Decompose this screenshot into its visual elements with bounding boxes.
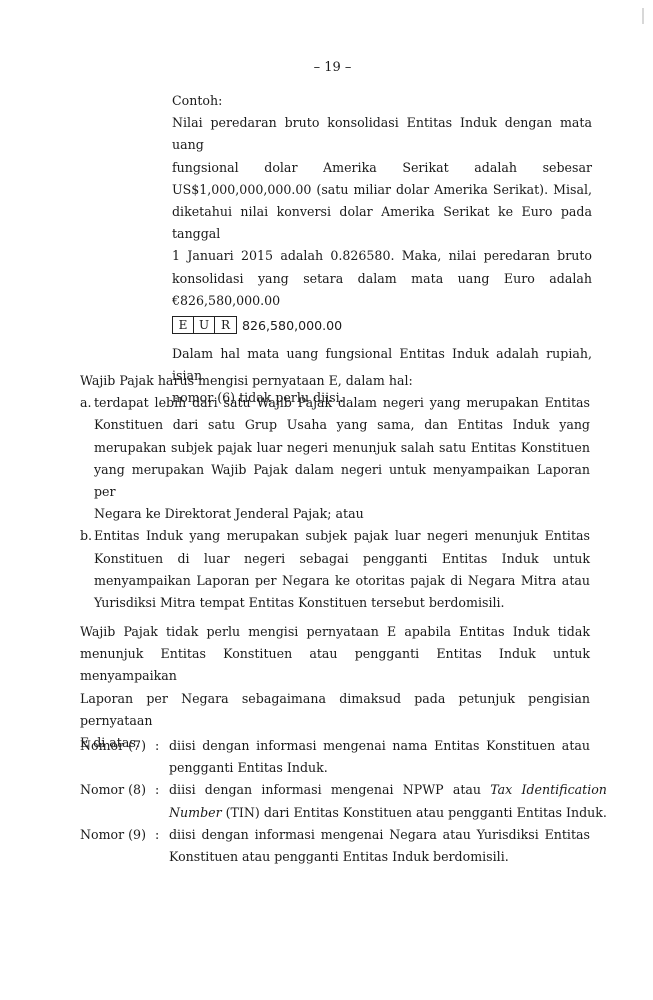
- list-marker: b.: [80, 525, 92, 614]
- list-line: Negara ke Direktorat Jenderal Pajak; ata…: [94, 503, 590, 525]
- list-line: Konstituen di luar negeri sebagai pengga…: [94, 548, 590, 570]
- exception-line: Wajib Pajak tidak perlu mengisi pernyata…: [80, 621, 590, 643]
- list-line: Konstituen dari satu Grup Usaha yang sam…: [94, 414, 590, 436]
- field-descriptions: Nomor (7) : diisi dengan informasi menge…: [80, 735, 590, 868]
- list-line: Entitas Induk yang merupakan subjek paja…: [94, 525, 590, 547]
- currency-code-boxes: E U R: [172, 316, 237, 334]
- statement-e-section: Wajib Pajak harus mengisi pernyataan E, …: [80, 370, 590, 614]
- field-colon: :: [155, 735, 169, 779]
- example-line: diketahui nilai konversi dolar Amerika S…: [172, 201, 592, 245]
- field-row-nomor-8: Nomor (8) : diisi dengan informasi menge…: [80, 779, 590, 823]
- field-label: Nomor (8): [80, 779, 155, 823]
- field-text-italic: Tax Identification: [490, 782, 607, 797]
- list-item: a. terdapat lebih dari satu Wajib Pajak …: [80, 392, 590, 525]
- field-colon: :: [155, 779, 169, 823]
- field-description-line: pengganti Entitas Induk.: [169, 757, 590, 779]
- example-line: €826,580,000.00: [172, 290, 592, 312]
- list-line: terdapat lebih dari satu Wajib Pajak dal…: [94, 392, 590, 414]
- field-text: diisi dengan informasi mengenai NPWP ata…: [169, 782, 490, 797]
- example-block: Contoh: Nilai peredaran bruto konsolidas…: [172, 90, 592, 410]
- list-item: b. Entitas Induk yang merupakan subjek p…: [80, 525, 590, 614]
- list-line: menyampaikan Laporan per Negara ke otori…: [94, 570, 590, 592]
- field-text: (TIN) dari Entitas Konstituen atau pengg…: [222, 805, 607, 820]
- field-description-line: Konstituen atau pengganti Entitas Induk …: [169, 846, 590, 868]
- currency-code-box: E: [173, 317, 194, 333]
- example-heading: Contoh:: [172, 90, 592, 112]
- example-line: konsolidasi yang setara dalam mata uang …: [172, 268, 592, 290]
- field-label: Nomor (7): [80, 735, 155, 779]
- statement-e-intro: Wajib Pajak harus mengisi pernyataan E, …: [80, 370, 590, 392]
- field-text-italic: Number: [169, 805, 222, 820]
- currency-code-row: E U R 826,580,000.00: [172, 315, 592, 335]
- field-row-nomor-9: Nomor (9) : diisi dengan informasi menge…: [80, 824, 590, 868]
- currency-code-box: R: [215, 317, 236, 333]
- field-colon: :: [155, 824, 169, 868]
- page-number: – 19 –: [0, 60, 653, 75]
- currency-code-box: U: [194, 317, 215, 333]
- scan-edge-mark: [642, 8, 644, 24]
- exception-line: menunjuk Entitas Konstituen atau penggan…: [80, 643, 590, 687]
- list-line: yang merupakan Wajib Pajak dalam negeri …: [94, 459, 590, 503]
- field-description-line: diisi dengan informasi mengenai NPWP ata…: [169, 779, 607, 801]
- list-line: Yurisdiksi Mitra tempat Entitas Konstitu…: [94, 592, 590, 614]
- example-line: fungsional dolar Amerika Serikat adalah …: [172, 157, 592, 179]
- example-line: Nilai peredaran bruto konsolidasi Entita…: [172, 112, 592, 156]
- field-description-line: diisi dengan informasi mengenai nama Ent…: [169, 735, 590, 757]
- field-description-line: diisi dengan informasi mengenai Negara a…: [169, 824, 590, 846]
- field-label: Nomor (9): [80, 824, 155, 868]
- exception-line: Laporan per Negara sebagaimana dimaksud …: [80, 688, 590, 732]
- list-line: merupakan subjek pajak luar negeri menun…: [94, 437, 590, 459]
- field-row-nomor-7: Nomor (7) : diisi dengan informasi menge…: [80, 735, 590, 779]
- list-marker: a.: [80, 392, 92, 525]
- field-description-line: Number (TIN) dari Entitas Konstituen ata…: [169, 802, 607, 824]
- example-line: US$1,000,000,000.00 (satu miliar dolar A…: [172, 179, 592, 201]
- currency-amount: 826,580,000.00: [242, 318, 342, 333]
- example-line: 1 Januari 2015 adalah 0.826580. Maka, ni…: [172, 245, 592, 267]
